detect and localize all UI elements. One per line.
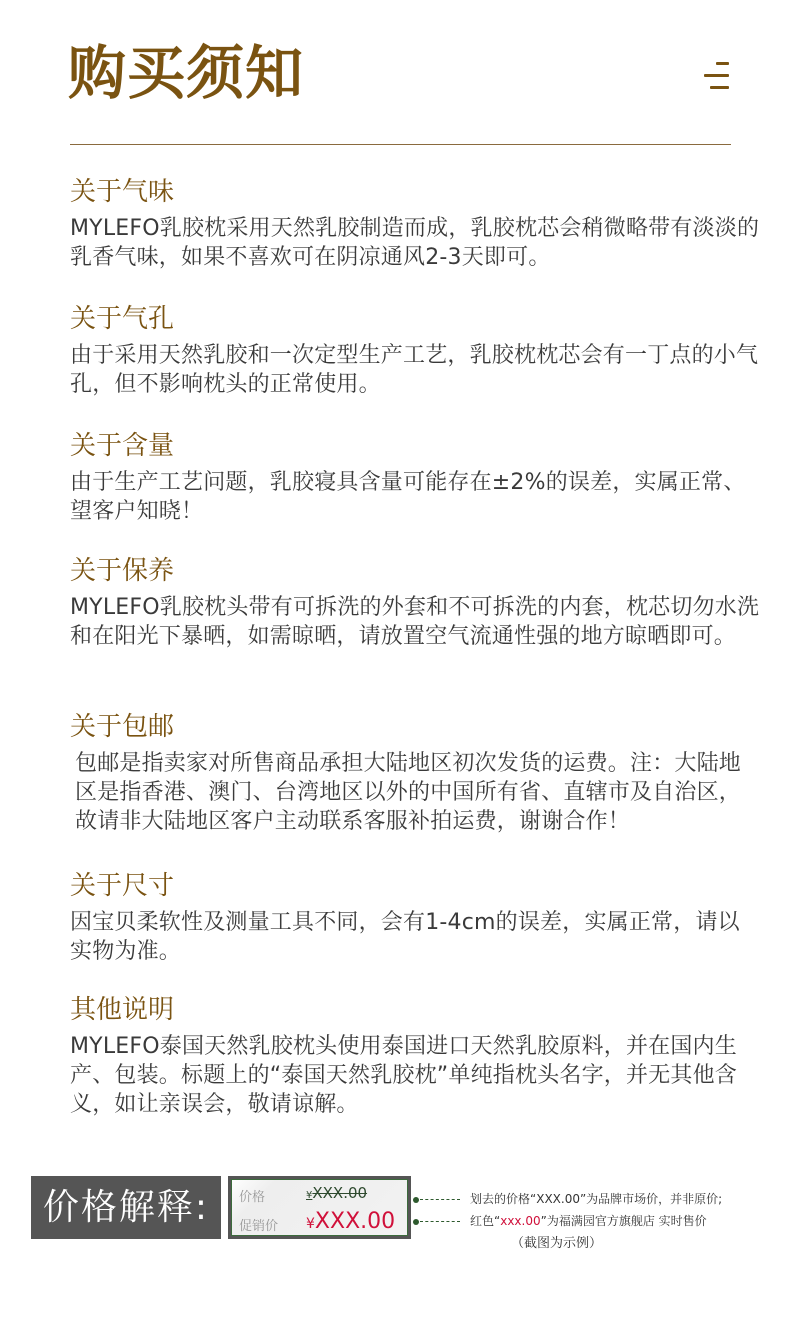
menu-line (710, 86, 729, 89)
section-smell: 关于气味 MYLEFO乳胶枕采用天然乳胶制造而成，乳胶枕芯会稍微略带有淡淡的乳香… (70, 176, 760, 272)
price-example-box: 价格 ¥XXX.00 促销价 ¥XXX.00 (228, 1176, 411, 1239)
legend-text-red: xxx.00 (500, 1214, 540, 1228)
strikethrough-price: XXX.00 (312, 1184, 367, 1202)
price-explanation: 价格解释: 价格 ¥XXX.00 促销价 ¥XXX.00 划去的价格“XXX.0… (31, 1176, 771, 1266)
title-divider (70, 144, 731, 145)
legend-text-prefix: 红色“ (470, 1214, 500, 1228)
price-legend: 划去的价格“XXX.00”为品牌市场价，并非原价; 红色“xxx.00”为福满园… (413, 1190, 722, 1234)
menu-line (716, 62, 729, 65)
section-heading: 关于含量 (70, 430, 760, 462)
section-air-holes: 关于气孔 由于采用天然乳胶和一次定型生产工艺，乳胶枕枕芯会有一丁点的小气孔，但不… (70, 303, 760, 399)
section-body: 因宝贝柔软性及测量工具不同，会有1-4cm的误差，实属正常，请以实物为准。 (70, 908, 760, 966)
legend-note: （截图为示例） (511, 1232, 602, 1251)
menu-lines-icon[interactable] (700, 60, 732, 90)
section-body: MYLEFO泰国天然乳胶枕头使用泰国进口天然乳胶原料，并在国内生产、包装。标题上… (70, 1032, 760, 1119)
section-heading: 关于气孔 (70, 303, 760, 335)
section-body: 由于采用天然乳胶和一次定型生产工艺，乳胶枕枕芯会有一丁点的小气孔，但不影响枕头的… (70, 341, 760, 399)
list-price-value: ¥XXX.00 (306, 1184, 367, 1202)
promo-price: XXX.00 (315, 1209, 395, 1234)
promo-price-value: ¥XXX.00 (306, 1209, 395, 1234)
dashed-leader (420, 1199, 460, 1200)
currency-symbol: ¥ (306, 1190, 312, 1201)
section-content: 关于含量 由于生产工艺问题，乳胶寝具含量可能存在±2%的误差，实属正常、望客户知… (70, 430, 760, 526)
section-body: 由于生产工艺问题，乳胶寝具含量可能存在±2%的误差，实属正常、望客户知晓！ (70, 468, 760, 526)
legend-row-list-price: 划去的价格“XXX.00”为品牌市场价，并非原价; (413, 1190, 722, 1212)
section-shipping: 关于包邮 包邮是指卖家对所售商品承担大陆地区初次发货的运费。注：大陆地区是指香港… (72, 711, 762, 836)
dashed-leader (420, 1221, 460, 1222)
currency-symbol: ¥ (306, 1216, 315, 1232)
section-heading: 关于尺寸 (70, 870, 760, 902)
bullet-dot-icon (413, 1219, 419, 1225)
legend-text: 划去的价格“XXX.00”为品牌市场价，并非原价; (470, 1192, 722, 1206)
legend-text-suffix: ”为福满园官方旗舰店 实时售价 (541, 1214, 707, 1228)
section-care: 关于保养 MYLEFO乳胶枕头带有可拆洗的外套和不可拆洗的内套，枕芯切勿水洗和在… (70, 555, 760, 651)
section-other: 其他说明 MYLEFO泰国天然乳胶枕头使用泰国进口天然乳胶原料，并在国内生产、包… (70, 994, 760, 1119)
section-heading: 其他说明 (70, 994, 760, 1026)
bullet-dot-icon (413, 1197, 419, 1203)
section-heading: 关于包邮 (70, 711, 762, 743)
page-title: 购买须知 (68, 38, 304, 108)
menu-line (704, 74, 729, 77)
section-size: 关于尺寸 因宝贝柔软性及测量工具不同，会有1-4cm的误差，实属正常，请以实物为… (70, 870, 760, 966)
section-heading: 关于气味 (70, 176, 760, 208)
section-body: MYLEFO乳胶枕采用天然乳胶制造而成，乳胶枕芯会稍微略带有淡淡的乳香气味，如果… (70, 214, 760, 272)
section-body: 包邮是指卖家对所售商品承担大陆地区初次发货的运费。注：大陆地区是指香港、澳门、台… (72, 749, 762, 836)
price-explain-label: 价格解释: (31, 1176, 221, 1239)
section-body: MYLEFO乳胶枕头带有可拆洗的外套和不可拆洗的内套，枕芯切勿水洗和在阳光下暴晒… (70, 593, 760, 651)
section-heading: 关于保养 (70, 555, 760, 587)
list-price-label: 价格 (239, 1186, 265, 1205)
promo-price-label: 促销价 (239, 1215, 278, 1234)
legend-row-promo-price: 红色“xxx.00”为福满园官方旗舰店 实时售价 (413, 1212, 722, 1234)
